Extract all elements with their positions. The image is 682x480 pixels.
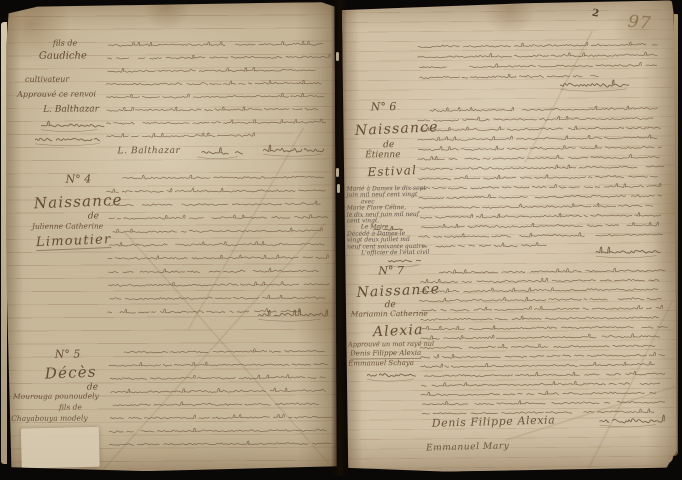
act4-name-large: Limoutier	[36, 233, 112, 251]
act5-name-line3: Chayabouya modely	[11, 415, 88, 423]
act4-name-small: Julienne Catherine	[32, 222, 103, 230]
act4-type-label: Naissance	[34, 193, 123, 212]
paper-repair-patch	[21, 427, 100, 469]
act7-witness-signature-2: Emmanuel Schaya	[348, 360, 414, 368]
act5-number: N° 5	[55, 349, 81, 360]
act6-particle: de	[383, 141, 394, 150]
act6-number: N° 6	[371, 101, 397, 112]
left-page: fils de Gaudiche cultivateur Approuvé ce…	[5, 2, 338, 472]
mention-line: L'officier de l'état civil	[347, 250, 433, 257]
register-scan: fils de Gaudiche cultivateur Approuvé ce…	[0, 0, 682, 480]
renvoi-note-line3: cultivateur	[25, 76, 69, 84]
act7-type-label: Naissance	[356, 282, 440, 300]
act-continuation-signature: L. Balthazar	[117, 146, 180, 156]
renvoi-signature: L. Balthazar	[43, 105, 99, 114]
act6-type-label: Naissance	[355, 120, 439, 138]
page-stack-edge-left	[1, 22, 7, 464]
binding-stitch	[336, 168, 339, 177]
act4-number: N° 4	[66, 173, 92, 184]
act7-number: N° 7	[378, 265, 404, 276]
act4-particle: de	[88, 212, 99, 221]
act5-name-line2: fils de	[59, 404, 82, 412]
act7-name-small: Mariamin Catherine	[351, 310, 428, 318]
binding-stitch	[336, 52, 339, 61]
act6-name-line2: Estival	[367, 164, 417, 178]
marginal-mention: Marié à Dames le dix-sept juin mil neuf …	[347, 186, 434, 257]
act6-name-line1: Étienne	[365, 151, 400, 160]
renvoi-note-approval: Approuvé ce renvoi	[17, 90, 96, 98]
renvoi-note-line1: fils de	[53, 40, 77, 48]
renvoi-note-line2: Gaudiche	[39, 52, 87, 62]
binding-stitch	[337, 184, 340, 193]
right-page: 2 97 N° 6 Naissance de Étienne Estival M…	[342, 0, 678, 472]
act5-name-line1: Mourouga pounoudely	[13, 392, 99, 400]
page-number: 97	[627, 12, 652, 34]
act7-approval-note: Approuvé un mot rayé nul	[348, 341, 434, 348]
act7-name-large: Alexia	[373, 323, 424, 339]
act5-type-label: Décès	[45, 365, 97, 382]
